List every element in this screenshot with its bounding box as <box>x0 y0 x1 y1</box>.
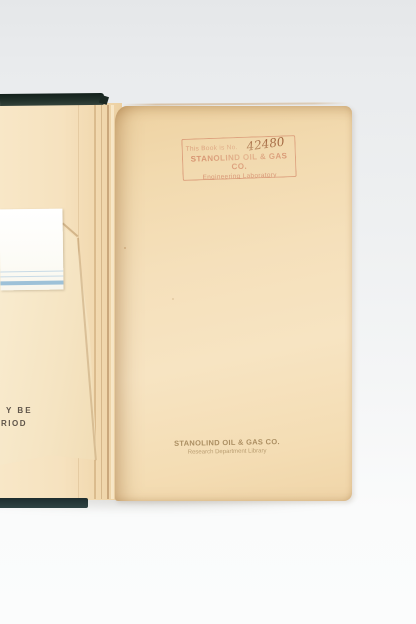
card-rule-line <box>0 276 63 278</box>
gutter-highlight <box>111 105 114 499</box>
stamp-company-name: STANOLIND OIL & GAS CO. <box>186 151 293 173</box>
ownership-stamp: This Book is No. 42480 STANOLIND OIL & G… <box>181 135 296 181</box>
card-rule-line-thick <box>0 281 63 286</box>
library-stamp: STANOLIND OIL & GAS CO. Research Departm… <box>166 437 288 456</box>
cover-edge-bottom <box>0 498 88 508</box>
pocket-printed-text-fragment: Y BE <box>6 406 33 415</box>
pocket-printed-text-fragment: RIOD <box>1 419 27 428</box>
foxing-speck <box>124 247 126 249</box>
library-checkout-card <box>0 209 64 291</box>
page-edge-line <box>101 105 102 499</box>
book-photograph: Y BE RIOD This Book is No. 42480 STANOLI… <box>0 0 416 624</box>
foxing-speck <box>172 298 174 300</box>
stamp-company-name: STANOLIND OIL & GAS CO. <box>166 437 288 448</box>
cover-edge-top <box>0 93 104 106</box>
page-edge-line <box>107 105 109 499</box>
card-rule-line <box>0 271 63 273</box>
